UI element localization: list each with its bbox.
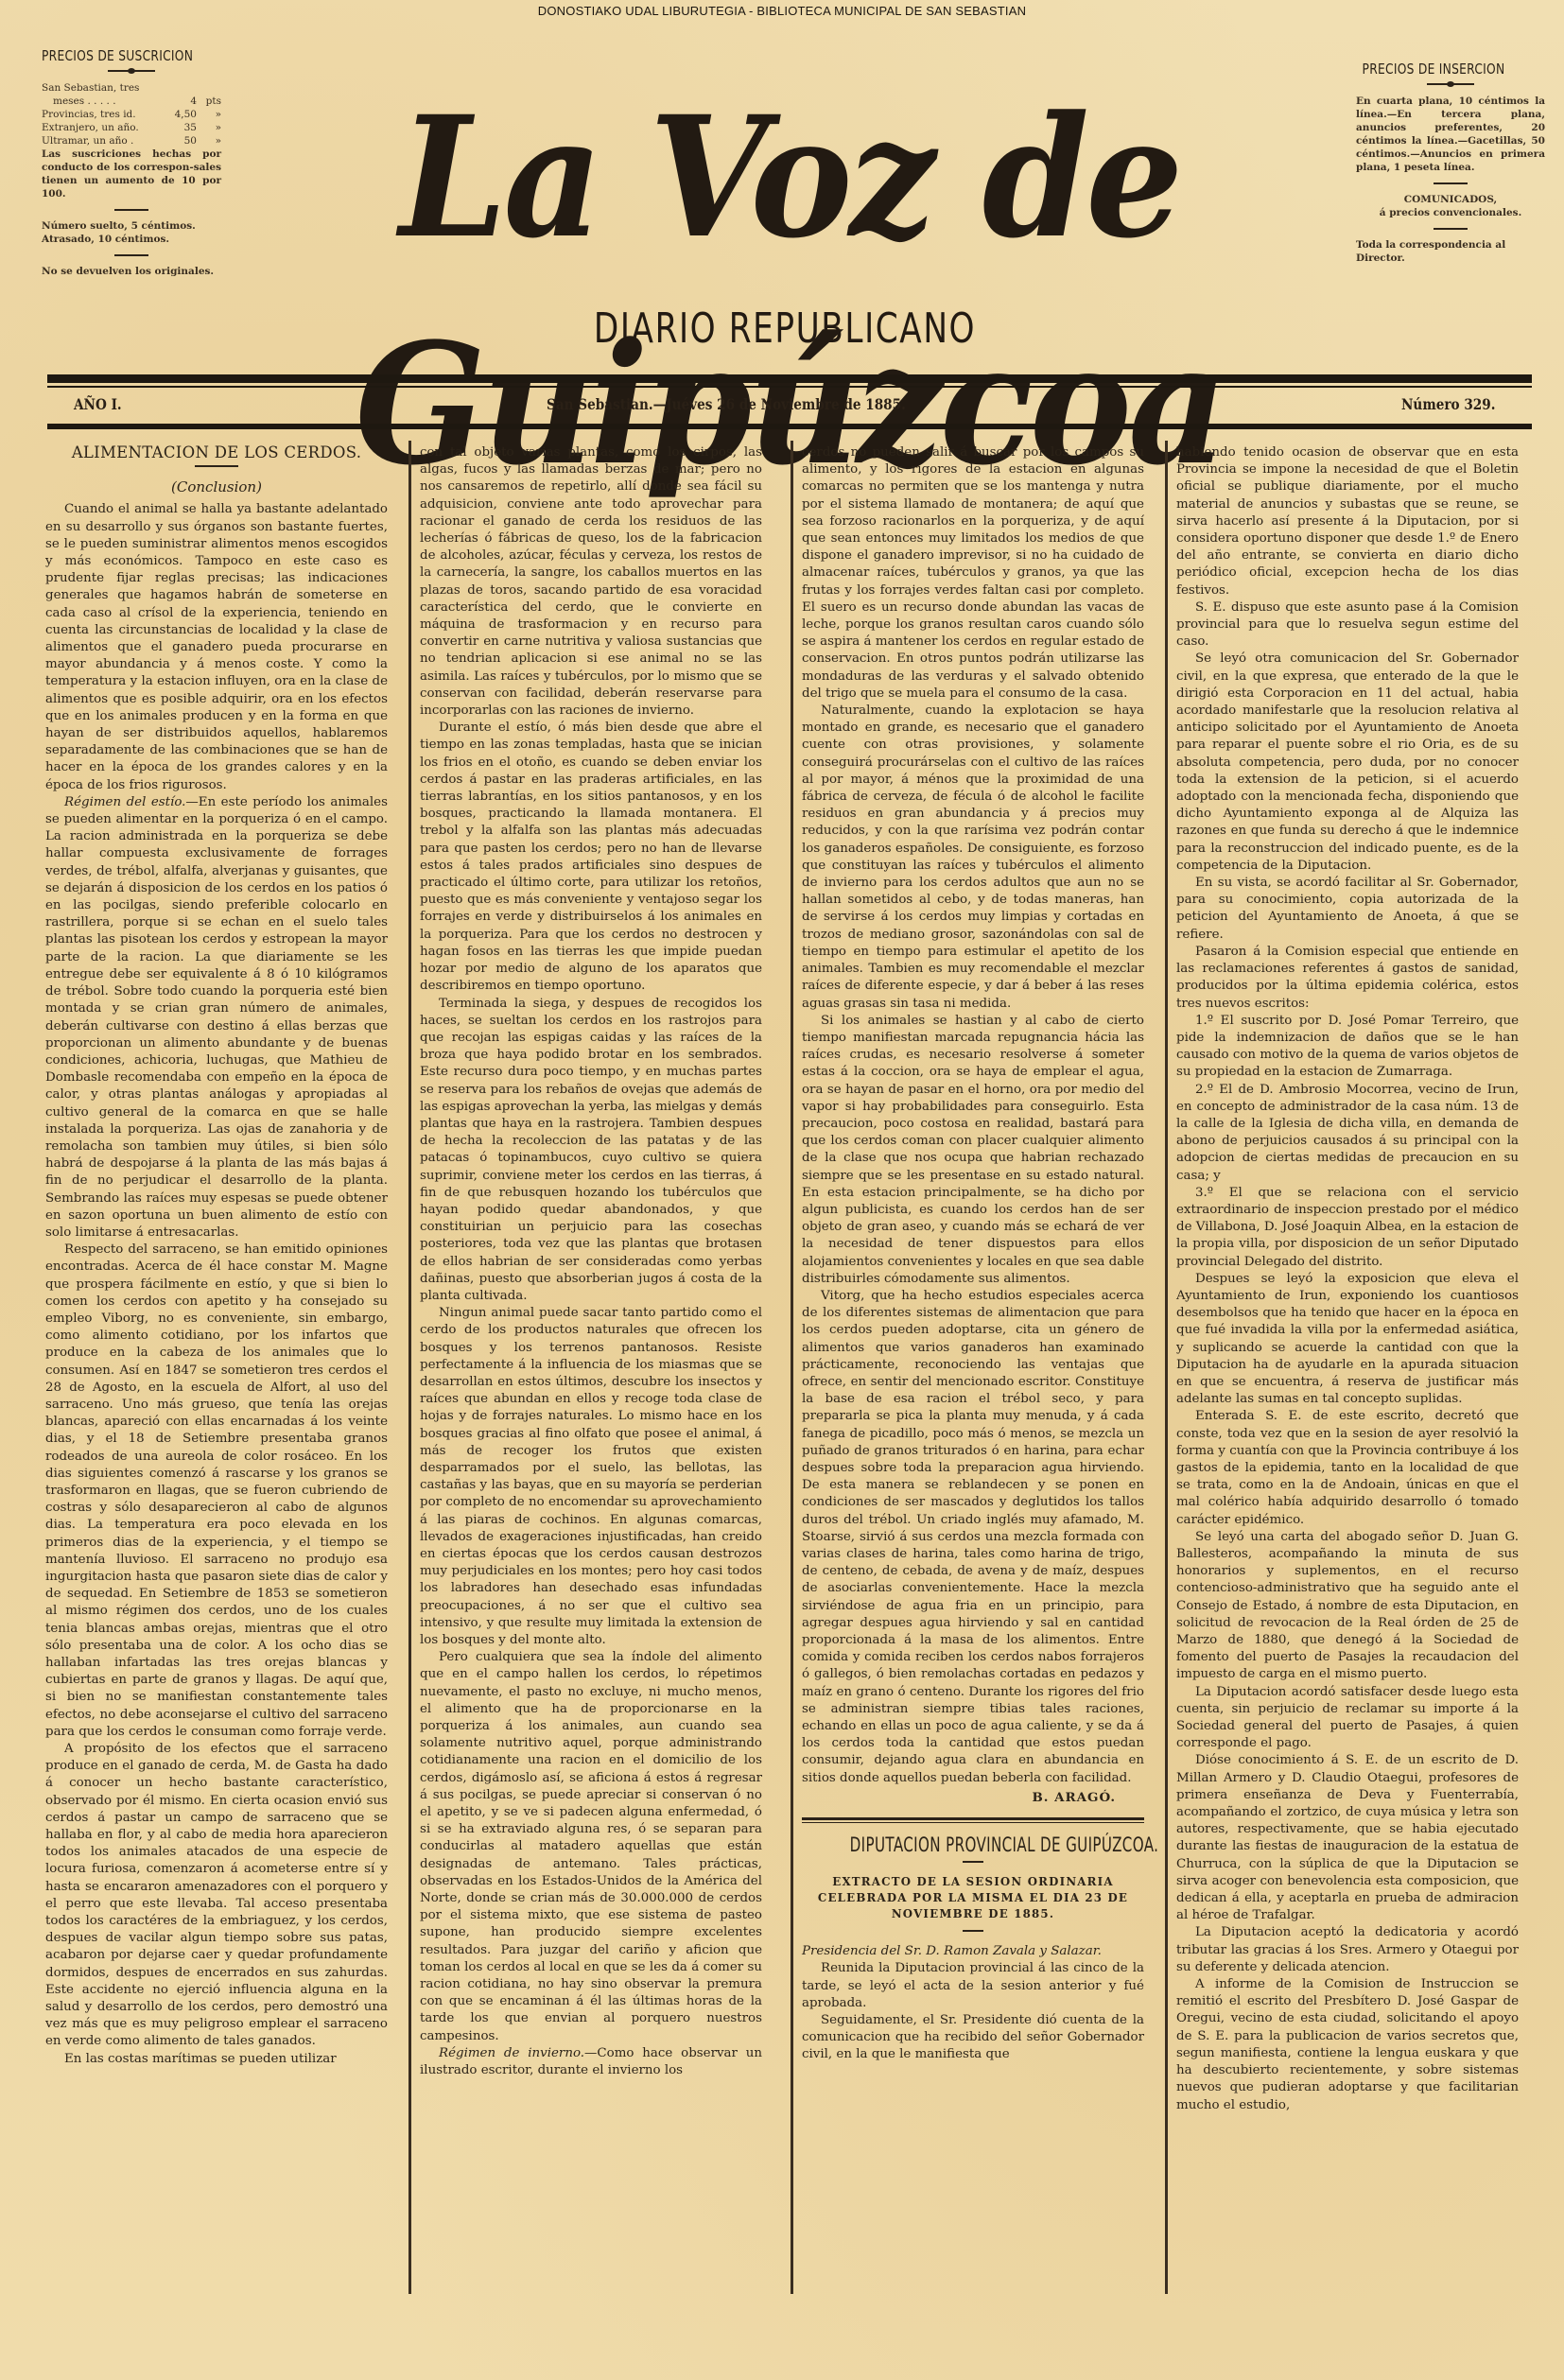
divider [114, 209, 148, 211]
paragraph: Dióse conocimiento á S. E. de un escrito… [1176, 1752, 1519, 1924]
communicated-title: COMUNICADOS, [1356, 193, 1545, 206]
price-row: Extranjero, un año. 35 » [42, 121, 221, 134]
paragraph: Terminada la siega, y despues de recogid… [420, 996, 762, 1306]
paragraph: En su vista, se acordó facilitar al Sr. … [1176, 875, 1519, 944]
paragraph: Pasaron á la Comision especial que entie… [1176, 944, 1519, 1013]
article-subtitle: (Conclusion) [45, 478, 388, 495]
column-4: habiendo tenido ocasion de observar que … [1176, 444, 1519, 2114]
paragraph: La Diputacion aceptó la dedicatoria y ac… [1176, 1924, 1519, 1976]
column-separator [791, 441, 793, 2294]
paragraph: Naturalmente, cuando la explotacion se h… [802, 703, 1144, 1013]
column-3: cerdos no pueden salir á buscar por los … [802, 444, 1144, 2064]
divider [963, 1861, 983, 1863]
author-signature: B. ARAGÓ. [802, 1789, 1144, 1806]
column-2: con tal objeto varias plantas, como los … [420, 444, 762, 2079]
paragraph: S. E. dispuso que este asunto pase á la … [1176, 599, 1519, 651]
paragraph: 3.º El que se relaciona con el servicio … [1176, 1185, 1519, 1271]
dateline-rule-bottom [47, 424, 1532, 429]
divider [1434, 228, 1468, 230]
divider [114, 254, 148, 256]
subscription-prices-box: PRECIOS DE SUSCRICION San Sebastian, tre… [42, 49, 221, 278]
back-issue-price: Atrasado, 10 céntimos. [42, 233, 221, 246]
title-divider [195, 465, 238, 469]
volume-year: AÑO I. [74, 395, 122, 413]
paragraph: Seguidamente, el Sr. Presidente dió cuen… [802, 2012, 1144, 2064]
paragraph: A propósito de los efectos que el sarrac… [45, 1741, 388, 2051]
divider [963, 1930, 983, 1932]
subscription-title: PRECIOS DE SUSCRICION [42, 49, 189, 62]
presidency-line: Presidencia del Sr. D. Ramon Zavala y Sa… [802, 1943, 1144, 1960]
paragraph: Se leyó otra comunicacion del Sr. Gobern… [1176, 651, 1519, 875]
masthead-rule-top [47, 374, 1532, 383]
newspaper-title: La Voz de Guipúzcoa [281, 64, 1298, 291]
paragraph: Vitorg, que ha hecho estudios especiales… [802, 1288, 1144, 1787]
column-1: ALIMENTACION DE LOS CERDOS. (Conclusion)… [45, 444, 388, 2068]
paragraph: habiendo tenido ocasion de observar que … [1176, 444, 1519, 599]
paragraph: Despues se leyó la exposicion que eleva … [1176, 1271, 1519, 1409]
paragraph: Si los animales se hastian y al cabo de … [802, 1013, 1144, 1288]
paragraph: cerdos no pueden salir á buscar por los … [802, 444, 1144, 703]
communicated-text: á precios convencionales. [1356, 206, 1545, 219]
insertion-prices-box: PRECIOS DE INSERCION En cuarta plana, 10… [1356, 62, 1545, 265]
paragraph: Ningun animal puede sacar tanto partido … [420, 1305, 762, 1649]
issue-number: Número 329. [1401, 395, 1495, 413]
ornament-divider [108, 70, 155, 72]
paragraph: con tal objeto varias plantas, como los … [420, 444, 762, 720]
price-row: Provincias, tres id. 4,50 » [42, 108, 221, 121]
single-issue-price: Número suelto, 5 céntimos. [42, 219, 221, 233]
paragraph: Reunida la Diputacion provincial á las c… [802, 1960, 1144, 2012]
originals-notice: No se devuelven los originales. [42, 265, 221, 278]
dateline: AÑO I. San Sebastian.—Juéves 26 de Novie… [47, 395, 1532, 416]
paragraph: A informe de la Comision de Instruccion … [1176, 1976, 1519, 2114]
paragraph: 1.º El suscrito por D. José Pomar Terrei… [1176, 1013, 1519, 1082]
newspaper-subtitle: DIARIO REPUBLICANO [585, 304, 983, 353]
column-separator [408, 441, 411, 2294]
paragraph: Respecto del sarraceno, se han emitido o… [45, 1242, 388, 1741]
price-row: San Sebastian, tres [42, 81, 221, 95]
insertion-rates: En cuarta plana, 10 céntimos la línea.—E… [1356, 95, 1545, 174]
insertion-title: PRECIOS DE INSERCION [1356, 62, 1511, 76]
section-title: DIPUTACION PROVINCIAL DE GUIPÚZCOA. [850, 1836, 1097, 1853]
article-title: ALIMENTACION DE LOS CERDOS. [45, 444, 388, 461]
paragraph: 2.º El de D. Ambrosio Mocorrea, vecino d… [1176, 1082, 1519, 1185]
divider [1434, 182, 1468, 184]
paragraph: Durante el estío, ó más bien desde que a… [420, 720, 762, 995]
paragraph: Se leyó una carta del abogado señor D. J… [1176, 1529, 1519, 1684]
archive-banner: DONOSTIAKO UDAL LIBURUTEGIA - BIBLIOTECA… [0, 4, 1564, 18]
paragraph: En las costas marítimas se pueden utiliz… [45, 2051, 388, 2068]
price-row: Ultramar, un año . 50 » [42, 134, 221, 148]
section-label: Régimen de invierno. [439, 2046, 584, 2060]
paragraph: La Diputacion acordó satisfacer desde lu… [1176, 1684, 1519, 1753]
extract-title: EXTRACTO DE LA SESION ORDINARIA CELEBRAD… [811, 1874, 1135, 1922]
section-label: Régimen del estío. [64, 795, 185, 809]
paragraph: Cuando el animal se halla ya bastante ad… [45, 501, 388, 793]
subscription-note: Las suscriciones hechas por conducto de … [42, 148, 221, 200]
column-separator [1165, 441, 1168, 2294]
paragraph: Pero cualquiera que sea la índole del al… [420, 1649, 762, 2045]
paragraph: Régimen de invierno.—Como hace observar … [420, 2045, 762, 2079]
masthead-rule-thin [47, 386, 1532, 388]
paragraph: Enterada S. E. de este escrito, decretó … [1176, 1408, 1519, 1528]
place-date: San Sebastian.—Juéves 26 de Noviembre de… [547, 395, 906, 413]
correspondence-notice: Toda la correspondencia al Director. [1356, 238, 1545, 265]
paragraph: Régimen del estío.—En este período los a… [45, 794, 388, 1242]
ornament-divider [1427, 83, 1474, 85]
section-rule [802, 1817, 1144, 1823]
price-row: meses . . . . . 4 pts [42, 95, 221, 108]
